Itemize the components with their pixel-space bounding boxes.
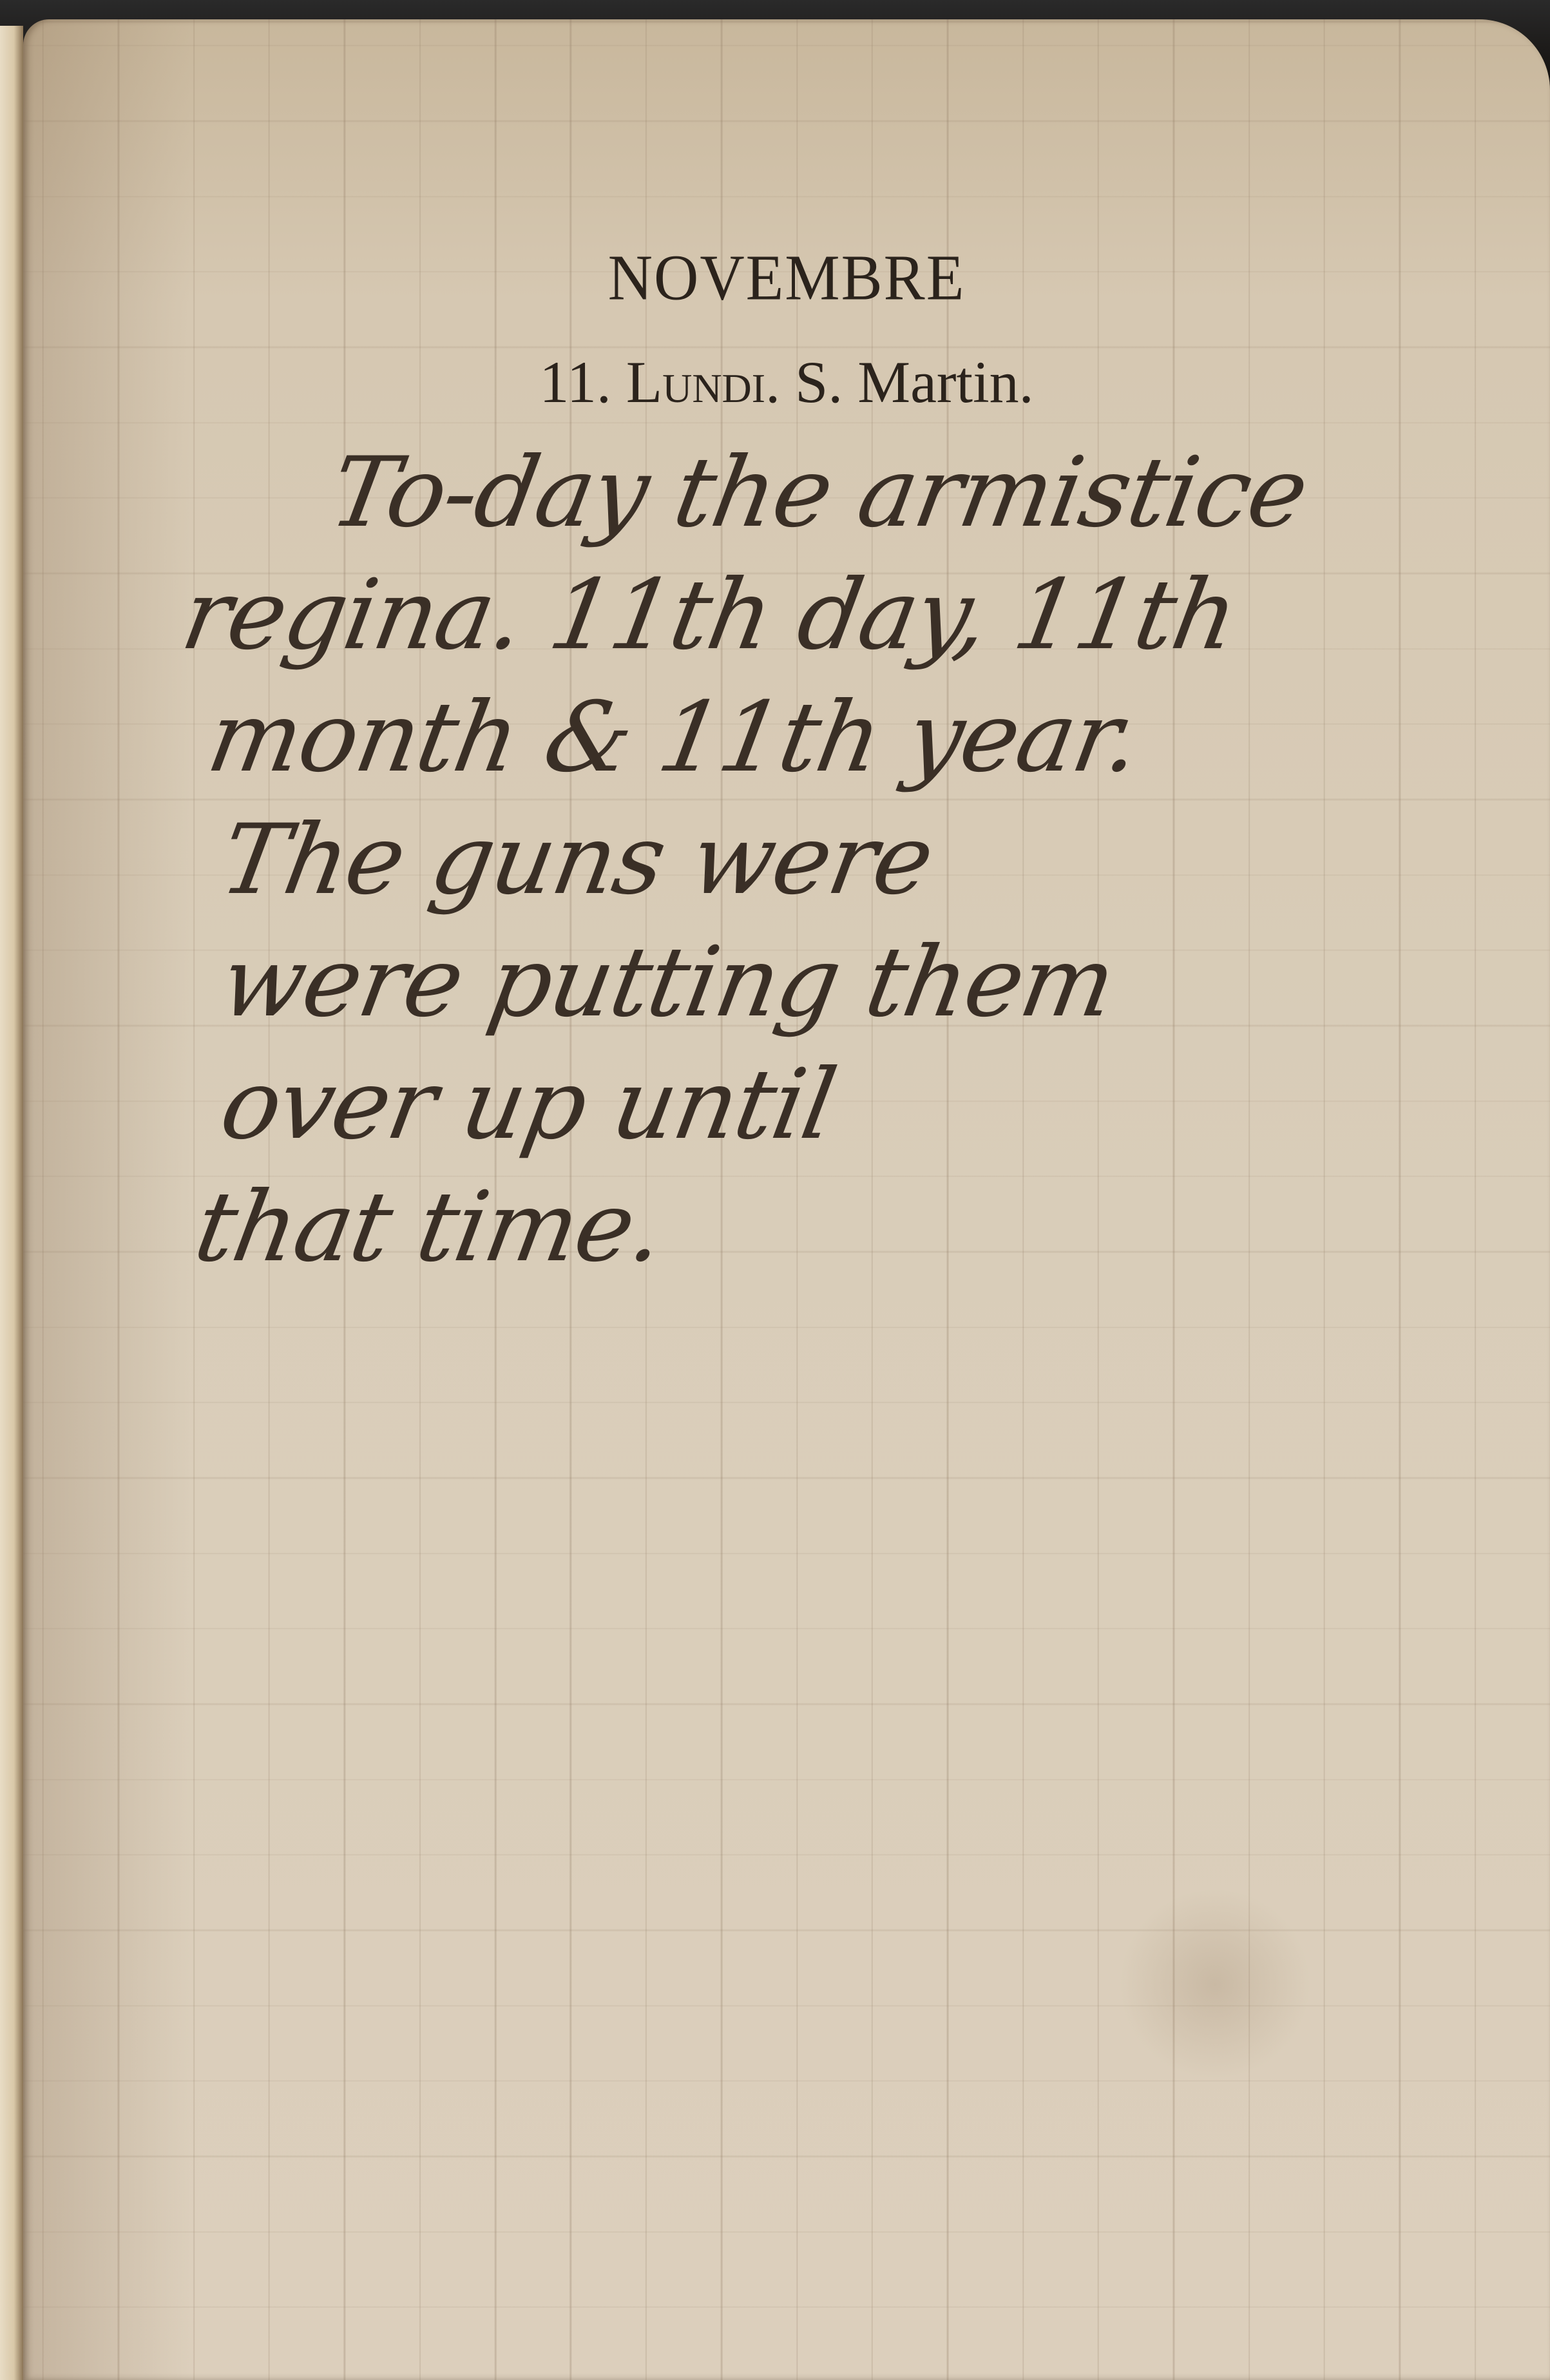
date-line: 11. Lundi. S. Martin. [23,348,1550,416]
paper-stain [1118,1888,1312,2081]
weekday: Lundi. [626,349,780,415]
entry-line: were putting them [173,921,1451,1044]
entry-line: that time. [173,1166,1451,1289]
month-heading: NOVEMBRE [23,240,1550,315]
entry-line: To-day the armistice [173,432,1451,554]
saint-name: S. Martin. [795,349,1034,415]
entry-line: over up until [173,1044,1451,1166]
entry-line: month & 11th year. [173,677,1451,799]
entry-line: regina. 11th day, 11th [173,554,1451,677]
handwritten-entry: To-day the armistice regina. 11th day, 1… [184,432,1440,1289]
day-number: 11. [539,349,611,415]
facing-page-edge [0,26,23,2380]
entry-line: The guns were [173,799,1451,921]
diary-page: NOVEMBRE 11. Lundi. S. Martin. To-day th… [23,19,1550,2380]
